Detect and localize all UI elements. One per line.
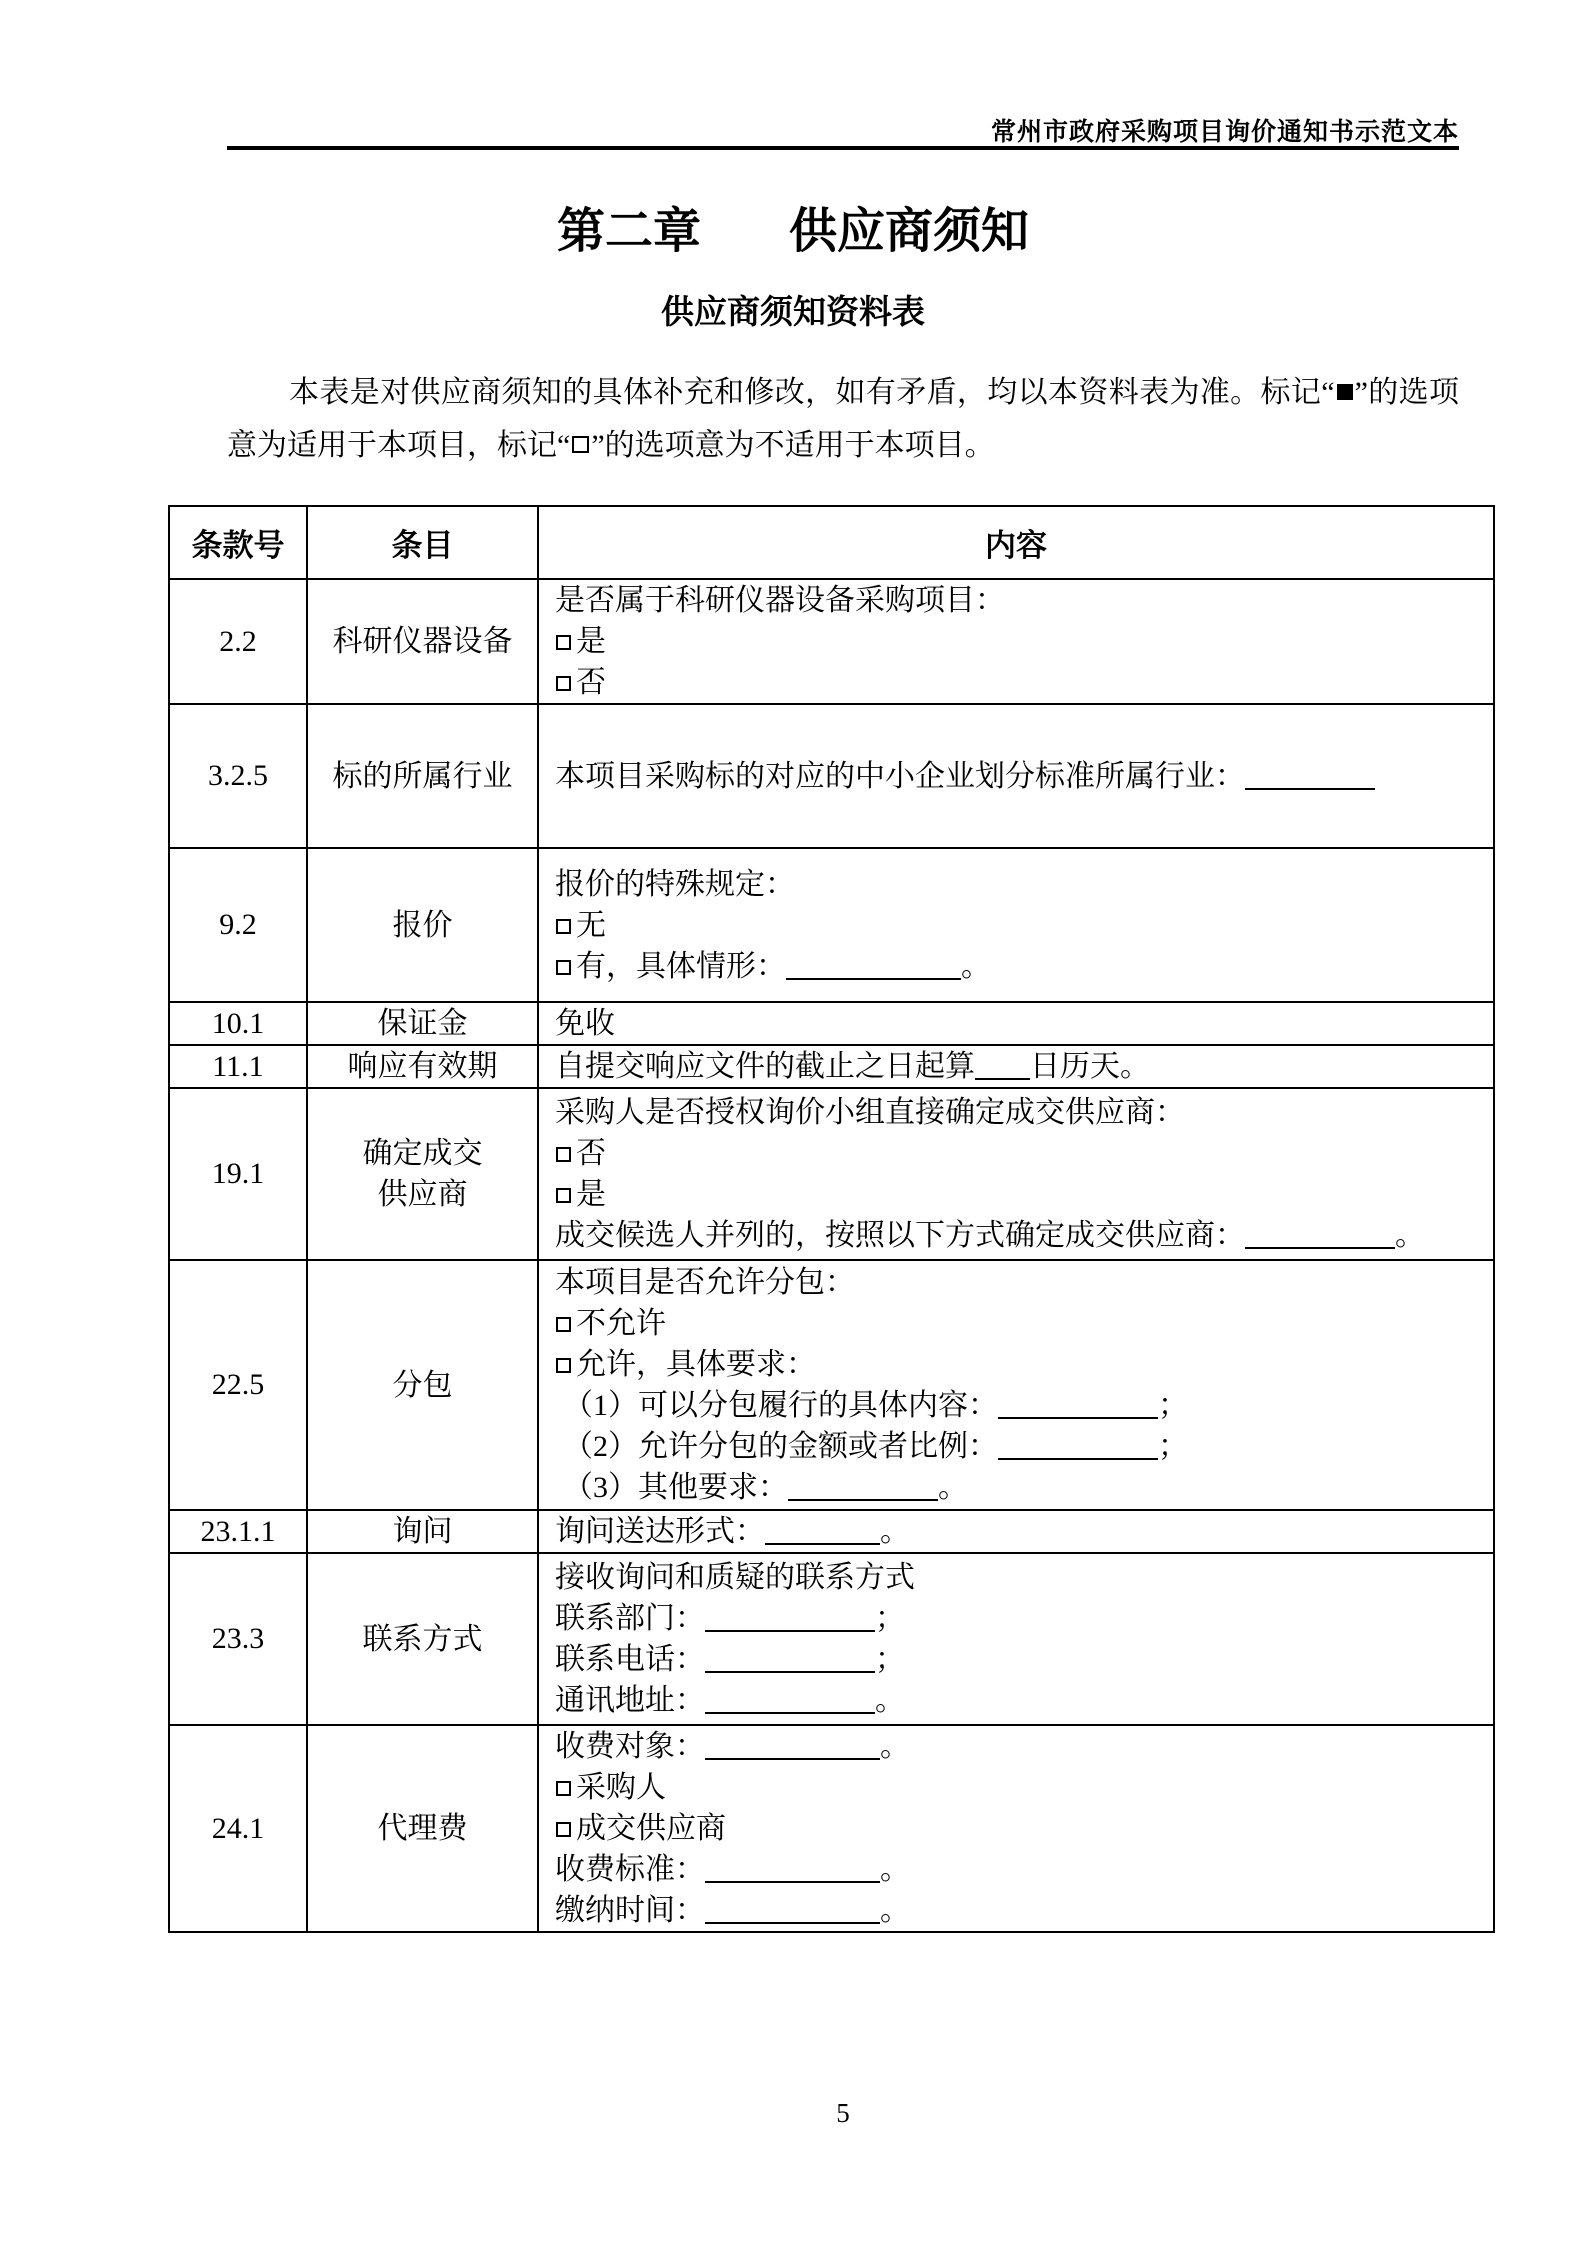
content-line: 采购人是否授权询价小组直接确定成交供应商： [555, 1092, 1483, 1133]
item-cell: 询问 [307, 1510, 538, 1553]
checkbox-icon [556, 1781, 571, 1796]
content-line: 是 [555, 621, 1483, 662]
clause-cell: 10.1 [169, 1002, 307, 1045]
item-label: 确定成交 [363, 1137, 483, 1170]
blank-field [705, 1682, 875, 1714]
text-run: 否 [576, 1137, 606, 1170]
clause-cell: 23.1.1 [169, 1510, 307, 1553]
checkbox-icon [556, 1822, 571, 1837]
blank-field [1245, 1217, 1395, 1249]
blank-field [705, 1851, 880, 1883]
content-line: 本项目是否允许分包： [555, 1262, 1483, 1303]
checkbox-icon [556, 960, 571, 975]
table-row: 11.1响应有效期自提交响应文件的截止之日起算日历天。 [169, 1045, 1494, 1088]
checkbox-icon [556, 919, 571, 934]
blank-field [705, 1600, 875, 1632]
intro-paragraph: 本表是对供应商须知的具体补充和修改，如有矛盾，均以本资料表为准。标记“”的选项意… [227, 366, 1459, 472]
text-run: （2）允许分包的金额或者比例： [563, 1430, 998, 1463]
text-run: 询问送达形式： [555, 1515, 765, 1548]
text-run: ； [1158, 1389, 1188, 1422]
table-row: 23.3联系方式接收询问和质疑的联系方式联系部门：；联系电话：；通讯地址：。 [169, 1553, 1494, 1725]
text-run: 成交供应商 [576, 1812, 726, 1845]
text-run: 联系电话： [555, 1643, 705, 1676]
content-line: 允许，具体要求： [555, 1344, 1483, 1385]
blank-field [705, 1728, 880, 1760]
text-run: 联系部门： [555, 1602, 705, 1635]
content-line: 有，具体情形：。 [555, 946, 1483, 987]
text-run: 收费标准： [555, 1853, 705, 1886]
checkbox-icon [556, 1358, 571, 1373]
item-cell: 分包 [307, 1260, 538, 1510]
blank-field [1245, 758, 1375, 790]
table-row: 23.1.1询问询问送达形式：。 [169, 1510, 1494, 1553]
document-page: 常州市政府采购项目询价通知书示范文本 第二章供应商须知 供应商须知资料表 本表是… [0, 0, 1587, 2245]
clause-cell: 23.3 [169, 1553, 307, 1725]
text-run: 日历天。 [1030, 1050, 1150, 1083]
item-cell: 保证金 [307, 1002, 538, 1045]
table-row: 19.1确定成交供应商采购人是否授权询价小组直接确定成交供应商：否是成交候选人并… [169, 1088, 1494, 1260]
content-line: 收费标准：。 [555, 1849, 1483, 1890]
clause-cell: 11.1 [169, 1045, 307, 1088]
text-run: 。 [880, 1853, 910, 1886]
content-line: 自提交响应文件的截止之日起算日历天。 [555, 1046, 1483, 1087]
text-run: 接收询问和质疑的联系方式 [555, 1561, 915, 1594]
content-line: 免收 [555, 1003, 1483, 1044]
content-line: （3）其他要求：。 [555, 1467, 1483, 1508]
item-cell: 代理费 [307, 1725, 538, 1932]
blank-field [975, 1048, 1030, 1080]
item-cell: 标的所属行业 [307, 704, 538, 848]
header-rule [227, 146, 1459, 150]
content-line: 询问送达形式：。 [555, 1511, 1483, 1552]
table-row: 2.2科研仪器设备是否属于科研仪器设备采购项目：是否 [169, 579, 1494, 704]
checkbox-icon [556, 1188, 571, 1203]
clause-cell: 22.5 [169, 1260, 307, 1510]
table-subtitle: 供应商须知资料表 [178, 286, 1408, 333]
content-line: （1）可以分包履行的具体内容：； [555, 1385, 1483, 1426]
blank-field [786, 948, 961, 980]
item-label: 标的所属行业 [333, 760, 513, 793]
blank-field [765, 1513, 880, 1545]
item-label: 报价 [393, 909, 453, 942]
text-run: 自提交响应文件的截止之日起算 [555, 1050, 975, 1083]
item-cell: 科研仪器设备 [307, 579, 538, 704]
content-line: 成交供应商 [555, 1808, 1483, 1849]
content-line: 通讯地址：。 [555, 1680, 1483, 1721]
item-label: 询问 [393, 1515, 453, 1548]
content-line: 接收询问和质疑的联系方式 [555, 1557, 1483, 1598]
filled-square-icon [1337, 384, 1353, 400]
text-run: 缴纳时间： [555, 1894, 705, 1927]
text-run: ； [875, 1602, 905, 1635]
checkbox-icon [556, 1147, 571, 1162]
item-label: 科研仪器设备 [333, 625, 513, 658]
text-run: 。 [880, 1730, 910, 1763]
text-run: 报价的特殊规定： [555, 868, 795, 901]
content-line: 采购人 [555, 1767, 1483, 1808]
content-line: 缴纳时间：。 [555, 1890, 1483, 1931]
item-cell: 确定成交供应商 [307, 1088, 538, 1260]
table-row: 9.2报价报价的特殊规定：无有，具体情形：。 [169, 848, 1494, 1002]
clause-cell: 9.2 [169, 848, 307, 1002]
text-run: 免收 [555, 1007, 615, 1040]
chapter-name: 供应商须知 [789, 205, 1029, 258]
text-run: ； [875, 1643, 905, 1676]
content-line: 否 [555, 662, 1483, 703]
content-line: 联系电话：； [555, 1639, 1483, 1680]
header-content: 内容 [538, 506, 1494, 579]
blank-field [705, 1892, 880, 1924]
chapter-number: 第二章 [557, 205, 701, 258]
content-line: 本项目采购标的对应的中小企业划分标准所属行业： [555, 756, 1483, 797]
text-run: 是 [576, 1178, 606, 1211]
blank-field [788, 1469, 938, 1501]
checkbox-icon [556, 635, 571, 650]
text-run: 通讯地址： [555, 1684, 705, 1717]
table-header-row: 条款号 条目 内容 [169, 506, 1494, 579]
text-run: 采购人 [576, 1771, 666, 1804]
content-cell: 询问送达形式：。 [538, 1510, 1494, 1553]
content-cell: 报价的特殊规定：无有，具体情形：。 [538, 848, 1494, 1002]
text-run: 成交候选人并列的，按照以下方式确定成交供应商： [555, 1219, 1245, 1252]
item-label: 保证金 [378, 1007, 468, 1040]
text-run: 。 [880, 1515, 910, 1548]
text-run: 有，具体情形： [576, 950, 786, 983]
table-row: 10.1保证金免收 [169, 1002, 1494, 1045]
text-run: （1）可以分包履行的具体内容： [563, 1389, 998, 1422]
checkbox-icon [556, 676, 571, 691]
content-cell: 是否属于科研仪器设备采购项目：是否 [538, 579, 1494, 704]
content-line: 否 [555, 1133, 1483, 1174]
text-run: 采购人是否授权询价小组直接确定成交供应商： [555, 1096, 1185, 1129]
header-clause: 条款号 [169, 506, 307, 579]
checkbox-icon [556, 1317, 571, 1332]
text-run: （3）其他要求： [563, 1471, 788, 1504]
text-run: 。 [961, 950, 991, 983]
clause-cell: 24.1 [169, 1725, 307, 1932]
content-cell: 接收询问和质疑的联系方式联系部门：；联系电话：；通讯地址：。 [538, 1553, 1494, 1725]
content-line: 是否属于科研仪器设备采购项目： [555, 580, 1483, 621]
text-run: 本项目是否允许分包： [555, 1266, 855, 1299]
text-run: 否 [576, 666, 606, 699]
content-line: （2）允许分包的金额或者比例：； [555, 1426, 1483, 1467]
item-label: 供应商 [378, 1178, 468, 1211]
clause-cell: 2.2 [169, 579, 307, 704]
text-run: 收费对象： [555, 1730, 705, 1763]
empty-square-icon [572, 436, 589, 453]
content-line: 收费对象：。 [555, 1726, 1483, 1767]
content-line: 报价的特殊规定： [555, 864, 1483, 905]
page-number: 5 [227, 2098, 1459, 2129]
text-run: 。 [1395, 1219, 1425, 1252]
text-run: 。 [880, 1894, 910, 1927]
content-cell: 免收 [538, 1002, 1494, 1045]
text-run: ； [1158, 1430, 1188, 1463]
content-cell: 本项目采购标的对应的中小企业划分标准所属行业： [538, 704, 1494, 848]
table-row: 24.1代理费收费对象：。采购人成交供应商收费标准：。缴纳时间：。 [169, 1725, 1494, 1932]
text-run: ”的选项意为不适用于本项目。 [591, 429, 994, 462]
blank-field [998, 1428, 1158, 1460]
text-run: 。 [938, 1471, 968, 1504]
text-run: 是否属于科研仪器设备采购项目： [555, 584, 1005, 617]
item-label: 响应有效期 [348, 1050, 498, 1083]
clause-cell: 3.2.5 [169, 704, 307, 848]
item-label: 代理费 [378, 1812, 468, 1845]
content-cell: 本项目是否允许分包：不允许允许，具体要求：（1）可以分包履行的具体内容：；（2）… [538, 1260, 1494, 1510]
chapter-title: 第二章供应商须知 [178, 192, 1408, 261]
text-run: 无 [576, 909, 606, 942]
item-label: 联系方式 [363, 1623, 483, 1656]
text-run: 允许，具体要求： [576, 1348, 816, 1381]
table-row: 3.2.5标的所属行业本项目采购标的对应的中小企业划分标准所属行业： [169, 704, 1494, 848]
item-cell: 报价 [307, 848, 538, 1002]
content-cell: 自提交响应文件的截止之日起算日历天。 [538, 1045, 1494, 1088]
text-run: 本表是对供应商须知的具体补充和修改，如有矛盾，均以本资料表为准。标记“ [289, 376, 1335, 409]
content-line: 成交候选人并列的，按照以下方式确定成交供应商：。 [555, 1215, 1483, 1256]
item-cell: 响应有效期 [307, 1045, 538, 1088]
content-cell: 采购人是否授权询价小组直接确定成交供应商：否是成交候选人并列的，按照以下方式确定… [538, 1088, 1494, 1260]
blank-field [705, 1641, 875, 1673]
content-line: 是 [555, 1174, 1483, 1215]
item-label: 分包 [393, 1369, 453, 1402]
clause-cell: 19.1 [169, 1088, 307, 1260]
text-run: 是 [576, 625, 606, 658]
instructions-table: 条款号 条目 内容 2.2科研仪器设备是否属于科研仪器设备采购项目：是否3.2.… [168, 505, 1495, 1933]
text-run: 本项目采购标的对应的中小企业划分标准所属行业： [555, 760, 1245, 793]
content-line: 联系部门：； [555, 1598, 1483, 1639]
table-row: 22.5分包本项目是否允许分包：不允许允许，具体要求：（1）可以分包履行的具体内… [169, 1260, 1494, 1510]
document-header-text: 常州市政府采购项目询价通知书示范文本 [227, 112, 1459, 148]
content-line: 无 [555, 905, 1483, 946]
text-run: 不允许 [576, 1307, 666, 1340]
content-cell: 收费对象：。采购人成交供应商收费标准：。缴纳时间：。 [538, 1725, 1494, 1932]
blank-field [998, 1387, 1158, 1419]
header-item: 条目 [307, 506, 538, 579]
item-cell: 联系方式 [307, 1553, 538, 1725]
text-run: 。 [875, 1684, 905, 1717]
content-line: 不允许 [555, 1303, 1483, 1344]
